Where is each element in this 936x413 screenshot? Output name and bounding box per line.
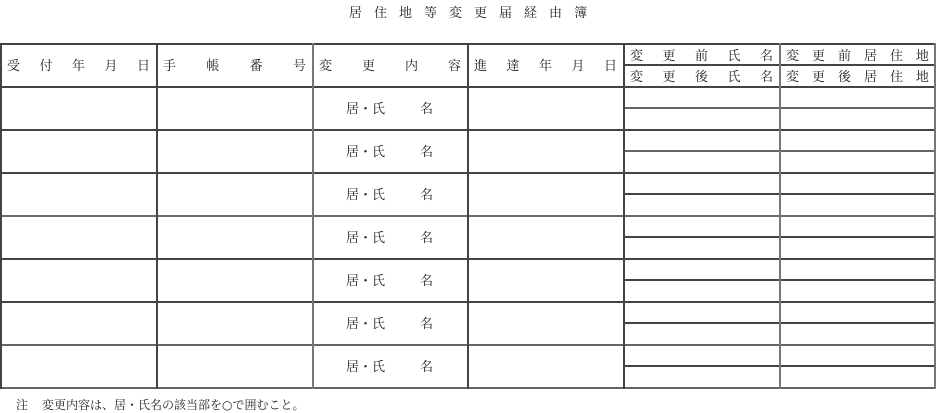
title-char: 居 [349, 2, 362, 21]
shintatsu-date-cell[interactable] [467, 258, 623, 301]
after-name-cell[interactable] [623, 279, 779, 301]
change-option-name-suffix: 名 [420, 141, 433, 160]
after-address-cell[interactable] [779, 150, 935, 172]
after-address-cell[interactable] [779, 107, 935, 129]
after-address-cell[interactable] [779, 279, 935, 301]
column-border [312, 43, 314, 389]
after-name-cell[interactable] [623, 236, 779, 258]
change-option-name-suffix: 名 [420, 356, 433, 375]
uketsuke-date-cell[interactable] [0, 86, 156, 129]
shintatsu-date-cell[interactable] [467, 172, 623, 215]
uketsuke-date-cell[interactable] [0, 215, 156, 258]
change-option-residence-name: 居・氏 [346, 98, 385, 117]
after-name-cell[interactable] [623, 365, 779, 387]
shintatsu-date-cell[interactable] [467, 86, 623, 129]
title-char: 変 [449, 2, 462, 21]
column-border [779, 43, 781, 389]
change-option-residence-name: 居・氏 [346, 356, 385, 375]
title-char: 等 [424, 2, 437, 21]
after-address-cell[interactable] [779, 193, 935, 215]
after-name-cell[interactable] [623, 107, 779, 129]
before-name-cell[interactable] [623, 215, 779, 236]
header-change-content: 変更内容 [312, 43, 467, 86]
footnote: 注 変更内容は、居・氏名の該当部を○で囲むこと。 [16, 398, 305, 412]
after-name-cell[interactable] [623, 322, 779, 344]
header-techo-number: 手帳番号 [156, 43, 312, 86]
techo-number-cell[interactable] [156, 129, 312, 172]
change-option-residence-name: 居・氏 [346, 141, 385, 160]
change-content-cell[interactable]: 居・氏名 [312, 86, 467, 129]
change-content-cell[interactable]: 居・氏名 [312, 172, 467, 215]
change-content-cell[interactable]: 居・氏名 [312, 129, 467, 172]
change-content-cell[interactable]: 居・氏名 [312, 215, 467, 258]
change-option-name-suffix: 名 [420, 227, 433, 246]
document-title-text: 居住地等変更届経由簿 [349, 2, 587, 21]
title-char: 由 [549, 2, 562, 21]
change-option-name-suffix: 名 [420, 313, 433, 332]
techo-number-cell[interactable] [156, 344, 312, 387]
before-name-cell[interactable] [623, 344, 779, 365]
after-name-cell[interactable] [623, 150, 779, 172]
header-shintatsu-date: 進達年月日 [467, 43, 623, 86]
column-border [934, 43, 936, 389]
column-border [467, 43, 469, 389]
header-after-address: 変更後居住地 [779, 65, 935, 86]
uketsuke-date-cell[interactable] [0, 301, 156, 344]
change-option-name-suffix: 名 [420, 184, 433, 203]
change-option-residence-name: 居・氏 [346, 313, 385, 332]
techo-number-cell[interactable] [156, 301, 312, 344]
change-content-cell[interactable]: 居・氏名 [312, 258, 467, 301]
before-address-cell[interactable] [779, 215, 935, 236]
change-option-residence-name: 居・氏 [346, 270, 385, 289]
footnote-text: 変更内容は、居・氏名の該当部を○で囲むこと。 [42, 398, 304, 412]
before-name-cell[interactable] [623, 172, 779, 193]
before-name-cell[interactable] [623, 86, 779, 107]
title-char: 更 [474, 2, 487, 21]
header-after-name: 変更後氏名 [623, 65, 779, 86]
title-char: 簿 [574, 2, 587, 21]
change-option-residence-name: 居・氏 [346, 227, 385, 246]
shintatsu-date-cell[interactable] [467, 215, 623, 258]
uketsuke-date-cell[interactable] [0, 129, 156, 172]
before-address-cell[interactable] [779, 344, 935, 365]
shintatsu-date-cell[interactable] [467, 301, 623, 344]
before-address-cell[interactable] [779, 258, 935, 279]
change-option-name-suffix: 名 [420, 270, 433, 289]
column-border [0, 43, 2, 389]
shintatsu-date-cell[interactable] [467, 344, 623, 387]
techo-number-cell[interactable] [156, 258, 312, 301]
header-before-address: 変更前居住地 [779, 43, 935, 65]
before-name-cell[interactable] [623, 258, 779, 279]
techo-number-cell[interactable] [156, 215, 312, 258]
column-border [623, 43, 625, 389]
change-option-residence-name: 居・氏 [346, 184, 385, 203]
title-char: 経 [524, 2, 537, 21]
title-char: 地 [399, 2, 412, 21]
register-table: 受付年月日 手帳番号 変更内容 進達年月日 変更前氏名 変更後氏名 変更前居住地… [0, 43, 935, 387]
uketsuke-date-cell[interactable] [0, 344, 156, 387]
techo-number-cell[interactable] [156, 172, 312, 215]
change-content-cell[interactable]: 居・氏名 [312, 301, 467, 344]
header-before-name: 変更前氏名 [623, 43, 779, 65]
shintatsu-date-cell[interactable] [467, 129, 623, 172]
before-address-cell[interactable] [779, 301, 935, 322]
uketsuke-date-cell[interactable] [0, 172, 156, 215]
before-name-cell[interactable] [623, 301, 779, 322]
title-char: 住 [374, 2, 387, 21]
column-border [156, 43, 158, 389]
uketsuke-date-cell[interactable] [0, 258, 156, 301]
footnote-label: 注 [16, 398, 28, 412]
after-address-cell[interactable] [779, 365, 935, 387]
techo-number-cell[interactable] [156, 86, 312, 129]
after-address-cell[interactable] [779, 236, 935, 258]
header-uketsuke-date: 受付年月日 [0, 43, 156, 86]
document-title: 居住地等変更届経由簿 [0, 0, 936, 22]
before-name-cell[interactable] [623, 129, 779, 150]
after-address-cell[interactable] [779, 322, 935, 344]
before-address-cell[interactable] [779, 86, 935, 107]
after-name-cell[interactable] [623, 193, 779, 215]
change-content-cell[interactable]: 居・氏名 [312, 344, 467, 387]
title-char: 届 [499, 2, 512, 21]
before-address-cell[interactable] [779, 172, 935, 193]
before-address-cell[interactable] [779, 129, 935, 150]
change-option-name-suffix: 名 [420, 98, 433, 117]
